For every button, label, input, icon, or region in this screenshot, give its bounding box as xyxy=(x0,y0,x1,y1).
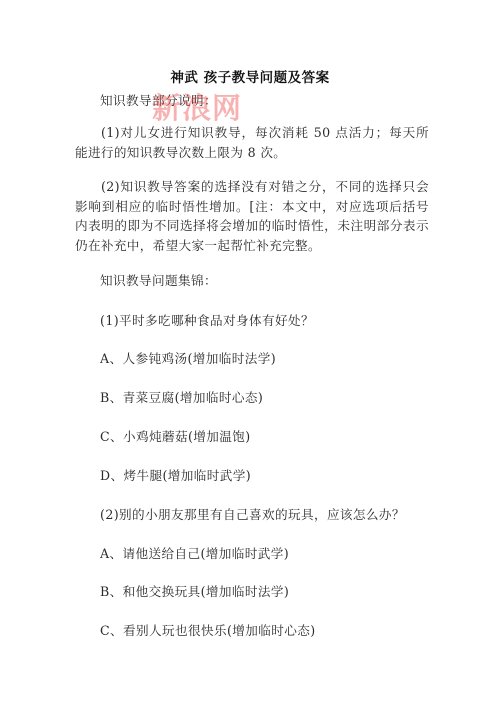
document-page: 神武 孩子教导问题及答案 知识教导部分说明： (1)对儿女进行知识教导，每次消耗… xyxy=(0,0,500,707)
collection-heading: 知识教导问题集锦： xyxy=(100,271,452,291)
question-2-option-b: B、和他交换玩具(增加临时法学) xyxy=(100,582,452,602)
question-2-option-a: A、请他送给自己(增加临时武学) xyxy=(100,544,452,564)
document-title: 神武 孩子教导问题及答案 xyxy=(0,66,500,86)
intro-paragraph-1: (1)对儿女进行知识教导，每次消耗 50 点活力；每天所能进行的知识教导次数上限… xyxy=(75,123,429,162)
question-2-option-c: C、看别人玩也很快乐(增加临时心态) xyxy=(100,621,452,641)
question-1-option-d: D、烤牛腿(增加临时武学) xyxy=(100,466,452,486)
intro-paragraph-2: (2)知识教导答案的选择没有对错之分，不同的选择只会影响到相应的临时悟性增加。[… xyxy=(75,177,429,255)
question-1-option-b: B、青菜豆腐(增加临时心态) xyxy=(100,388,452,408)
intro-heading: 知识教导部分说明： xyxy=(100,91,452,111)
question-1-option-c: C、小鸡炖蘑菇(增加温饱) xyxy=(100,427,452,447)
question-1-option-a: A、人参钝鸡汤(增加临时法学) xyxy=(100,349,452,369)
question-1: (1)平时多吃哪种食品对身体有好处？ xyxy=(100,311,452,331)
question-2: (2)别的小朋友那里有自己喜欢的玩具，应该怎么办？ xyxy=(100,505,452,525)
